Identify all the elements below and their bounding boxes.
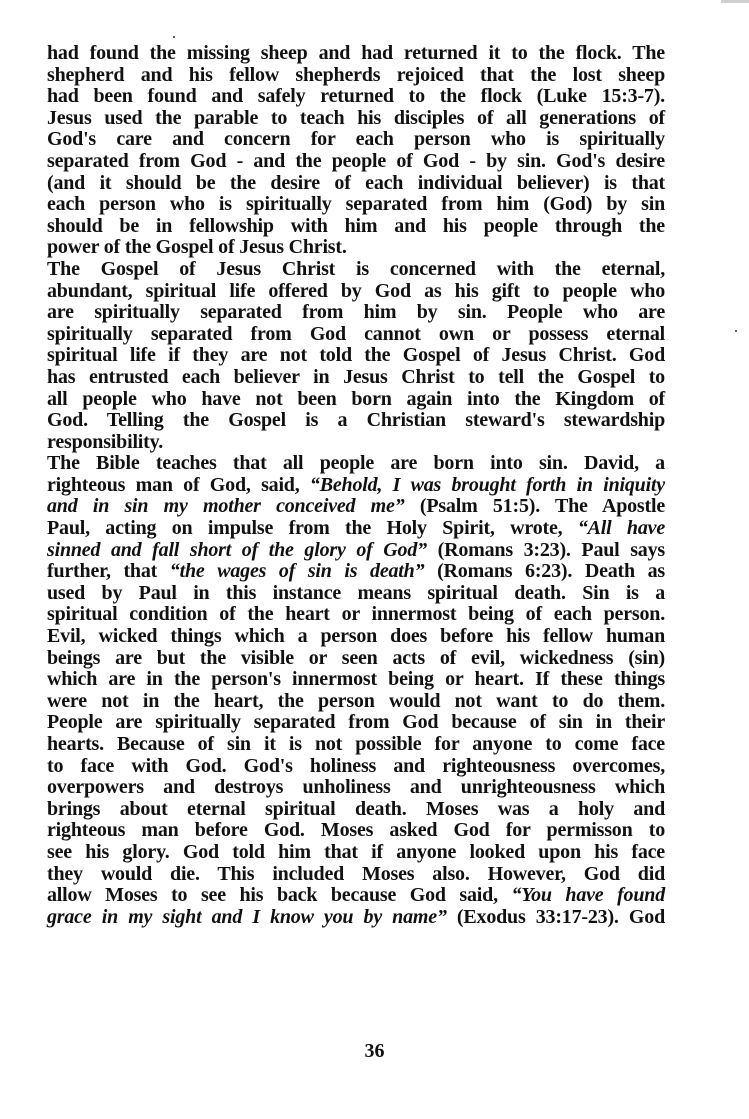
text-line: spiritual condition of the heart or inne… (47, 604, 665, 626)
text-line: are spiritually separated from him by si… (47, 302, 665, 324)
text-line: to face with God. God's holiness and rig… (47, 756, 665, 778)
text-line: allow Moses to see his back because God … (47, 885, 665, 907)
text-run: spiritual life if they are not told the … (47, 344, 665, 366)
quoted-scripture: “You have found (511, 884, 665, 906)
scan-speck (173, 36, 175, 38)
text-run: further, that (47, 560, 170, 582)
text-run: all people who have not been born again … (47, 388, 665, 410)
quoted-scripture: “the wages of sin is death” (170, 560, 425, 582)
text-run: Paul, acting on impulse from the Holy Sp… (47, 517, 578, 539)
text-line: People are spiritually separated from Go… (47, 712, 665, 734)
text-line: power of the Gospel of Jesus Christ. (47, 237, 665, 259)
text-run: hearts. Because of sin it is not possibl… (47, 733, 665, 755)
text-line: had found the missing sheep and had retu… (47, 43, 665, 65)
text-run: (Romans 3:23). Paul says (427, 539, 665, 561)
text-line: which are in the person's innermost bein… (47, 669, 665, 691)
quoted-scripture: sinned and fall short of the glory of Go… (47, 539, 427, 561)
text-run: God. Telling the Gospel is a Christian s… (47, 409, 665, 431)
text-run: had found the missing sheep and had retu… (47, 42, 665, 64)
text-line: righteous man of God, said, “Behold, I w… (47, 475, 665, 497)
text-line: had been found and safely returned to th… (47, 86, 665, 108)
text-line: used by Paul in this instance means spir… (47, 583, 665, 605)
text-run: power of the Gospel of Jesus Christ. (47, 236, 347, 258)
text-line: should be in fellowship with him and his… (47, 216, 665, 238)
text-run: used by Paul in this instance means spir… (47, 582, 665, 604)
paragraph: had found the missing sheep and had retu… (47, 43, 665, 259)
page-number: 36 (0, 1040, 749, 1063)
text-line: Paul, acting on impulse from the Holy Sp… (47, 518, 665, 540)
text-run: The Bible teaches that all people are bo… (47, 452, 665, 474)
text-run: People are spiritually separated from Go… (47, 711, 665, 733)
text-run: responsibility. (47, 431, 163, 453)
text-line: and in sin my mother conceived me” (Psal… (47, 496, 665, 518)
text-run: (Psalm 51:5). The Apostle (405, 495, 665, 517)
text-run: to face with God. God's holiness and rig… (47, 755, 665, 777)
text-line: abundant, spiritual life offered by God … (47, 281, 665, 303)
text-run: spiritual condition of the heart or inne… (47, 603, 665, 625)
text-line: overpowers and destroys unholiness and u… (47, 777, 665, 799)
quoted-scripture: “All have (578, 517, 665, 539)
text-run: separated from God - and the people of G… (47, 150, 665, 172)
text-run: each person who is spiritually separated… (47, 193, 665, 215)
text-line: grace in my sight and I know you by name… (47, 907, 665, 929)
text-run: they would die. This included Moses also… (47, 863, 665, 885)
text-line: they would die. This included Moses also… (47, 864, 665, 886)
text-line: responsibility. (47, 432, 665, 454)
text-line: (and it should be the desire of each ind… (47, 173, 665, 195)
text-line: Evil, wicked things which a person does … (47, 626, 665, 648)
scan-speck (735, 330, 737, 332)
text-run: are spiritually separated from him by si… (47, 301, 665, 323)
text-line: has entrusted each believer in Jesus Chr… (47, 367, 665, 389)
text-line: see his glory. God told him that if anyo… (47, 842, 665, 864)
text-line: separated from God - and the people of G… (47, 151, 665, 173)
text-line: each person who is spiritually separated… (47, 194, 665, 216)
text-line: beings are but the visible or seen acts … (47, 648, 665, 670)
text-run: beings are but the visible or seen acts … (47, 647, 665, 669)
text-run: (and it should be the desire of each ind… (47, 172, 665, 194)
text-line: The Bible teaches that all people are bo… (47, 453, 665, 475)
text-run: has entrusted each believer in Jesus Chr… (47, 366, 665, 388)
text-run: allow Moses to see his back because God … (47, 884, 511, 906)
text-run: righteous man before God. Moses asked Go… (47, 819, 665, 841)
text-line: were not in the heart, the person would … (47, 691, 665, 713)
text-line: shepherd and his fellow shepherds rejoic… (47, 65, 665, 87)
scanned-book-page: had found the missing sheep and had retu… (0, 0, 749, 1119)
text-line: all people who have not been born again … (47, 389, 665, 411)
text-run: overpowers and destroys unholiness and u… (47, 776, 665, 798)
text-line: further, that “the wages of sin is death… (47, 561, 665, 583)
text-line: hearts. Because of sin it is not possibl… (47, 734, 665, 756)
text-line: brings about eternal spiritual death. Mo… (47, 799, 665, 821)
body-text: had found the missing sheep and had retu… (47, 43, 665, 928)
text-line: sinned and fall short of the glory of Go… (47, 540, 665, 562)
paragraph: The Gospel of Jesus Christ is concerned … (47, 259, 665, 453)
text-line: The Gospel of Jesus Christ is concerned … (47, 259, 665, 281)
text-run: The Gospel of Jesus Christ is concerned … (47, 258, 665, 280)
scan-corner-mark (721, 0, 749, 3)
text-run: righteous man of God, said, (47, 474, 310, 496)
text-line: Jesus used the parable to teach his disc… (47, 108, 665, 130)
text-run: God's care and concern for each person w… (47, 128, 665, 150)
text-run: brings about eternal spiritual death. Mo… (47, 798, 665, 820)
text-run: abundant, spiritual life offered by God … (47, 280, 665, 302)
text-run: spiritually separated from God cannot ow… (47, 323, 665, 345)
text-run: Jesus used the parable to teach his disc… (47, 107, 665, 129)
text-line: righteous man before God. Moses asked Go… (47, 820, 665, 842)
quoted-scripture: and in sin my mother conceived me” (47, 495, 405, 517)
quoted-scripture: grace in my sight and I know you by name… (47, 906, 447, 928)
text-run: were not in the heart, the person would … (47, 690, 665, 712)
text-run: (Exodus 33:17-23). God (447, 906, 665, 928)
text-line: God's care and concern for each person w… (47, 129, 665, 151)
text-line: spiritual life if they are not told the … (47, 345, 665, 367)
quoted-scripture: “Behold, I was brought forth in iniquity (310, 474, 665, 496)
text-run: had been found and safely returned to th… (47, 85, 665, 107)
text-run: see his glory. God told him that if anyo… (47, 841, 665, 863)
text-line: spiritually separated from God cannot ow… (47, 324, 665, 346)
text-run: which are in the person's innermost bein… (47, 668, 665, 690)
paragraph: The Bible teaches that all people are bo… (47, 453, 665, 928)
text-run: (Romans 6:23). Death as (424, 560, 665, 582)
text-run: shepherd and his fellow shepherds rejoic… (47, 64, 665, 86)
text-line: God. Telling the Gospel is a Christian s… (47, 410, 665, 432)
text-run: Evil, wicked things which a person does … (47, 625, 665, 647)
text-run: should be in fellowship with him and his… (47, 215, 665, 237)
